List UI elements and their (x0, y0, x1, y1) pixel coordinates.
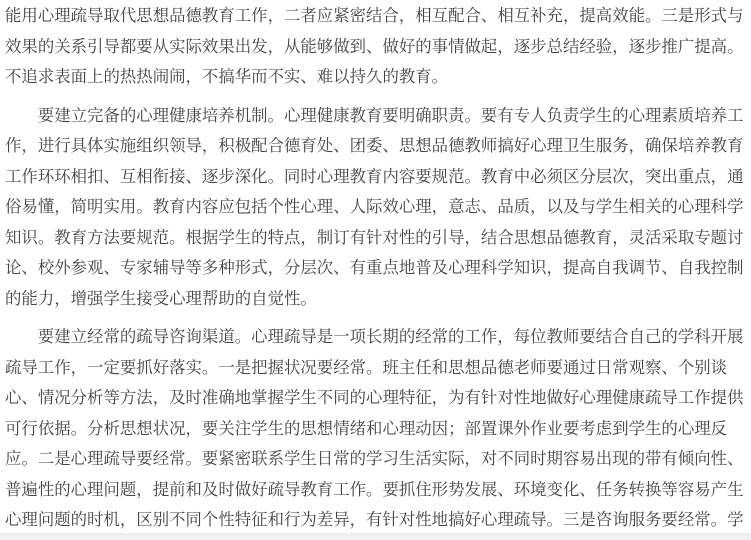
paragraph: 要建立经常的疏导咨询渠道。心理疏导是一项长期的经常的工作，每位教师要结合自己的学… (5, 322, 746, 536)
paragraph: 能用心理疏导取代思想品德教育工作，二者应紧密结合，相互配合、相互补充，提高效能。… (5, 1, 746, 93)
viewport-bottom-strip (0, 533, 751, 540)
paragraph: 要建立完备的心理健康培养机制。心理健康教育要明确职责。要有专人负责学生的心理素质… (5, 101, 746, 315)
document-text-area: 能用心理疏导取代思想品德教育工作，二者应紧密结合，相互配合、相互补充，提高效能。… (5, 1, 746, 536)
